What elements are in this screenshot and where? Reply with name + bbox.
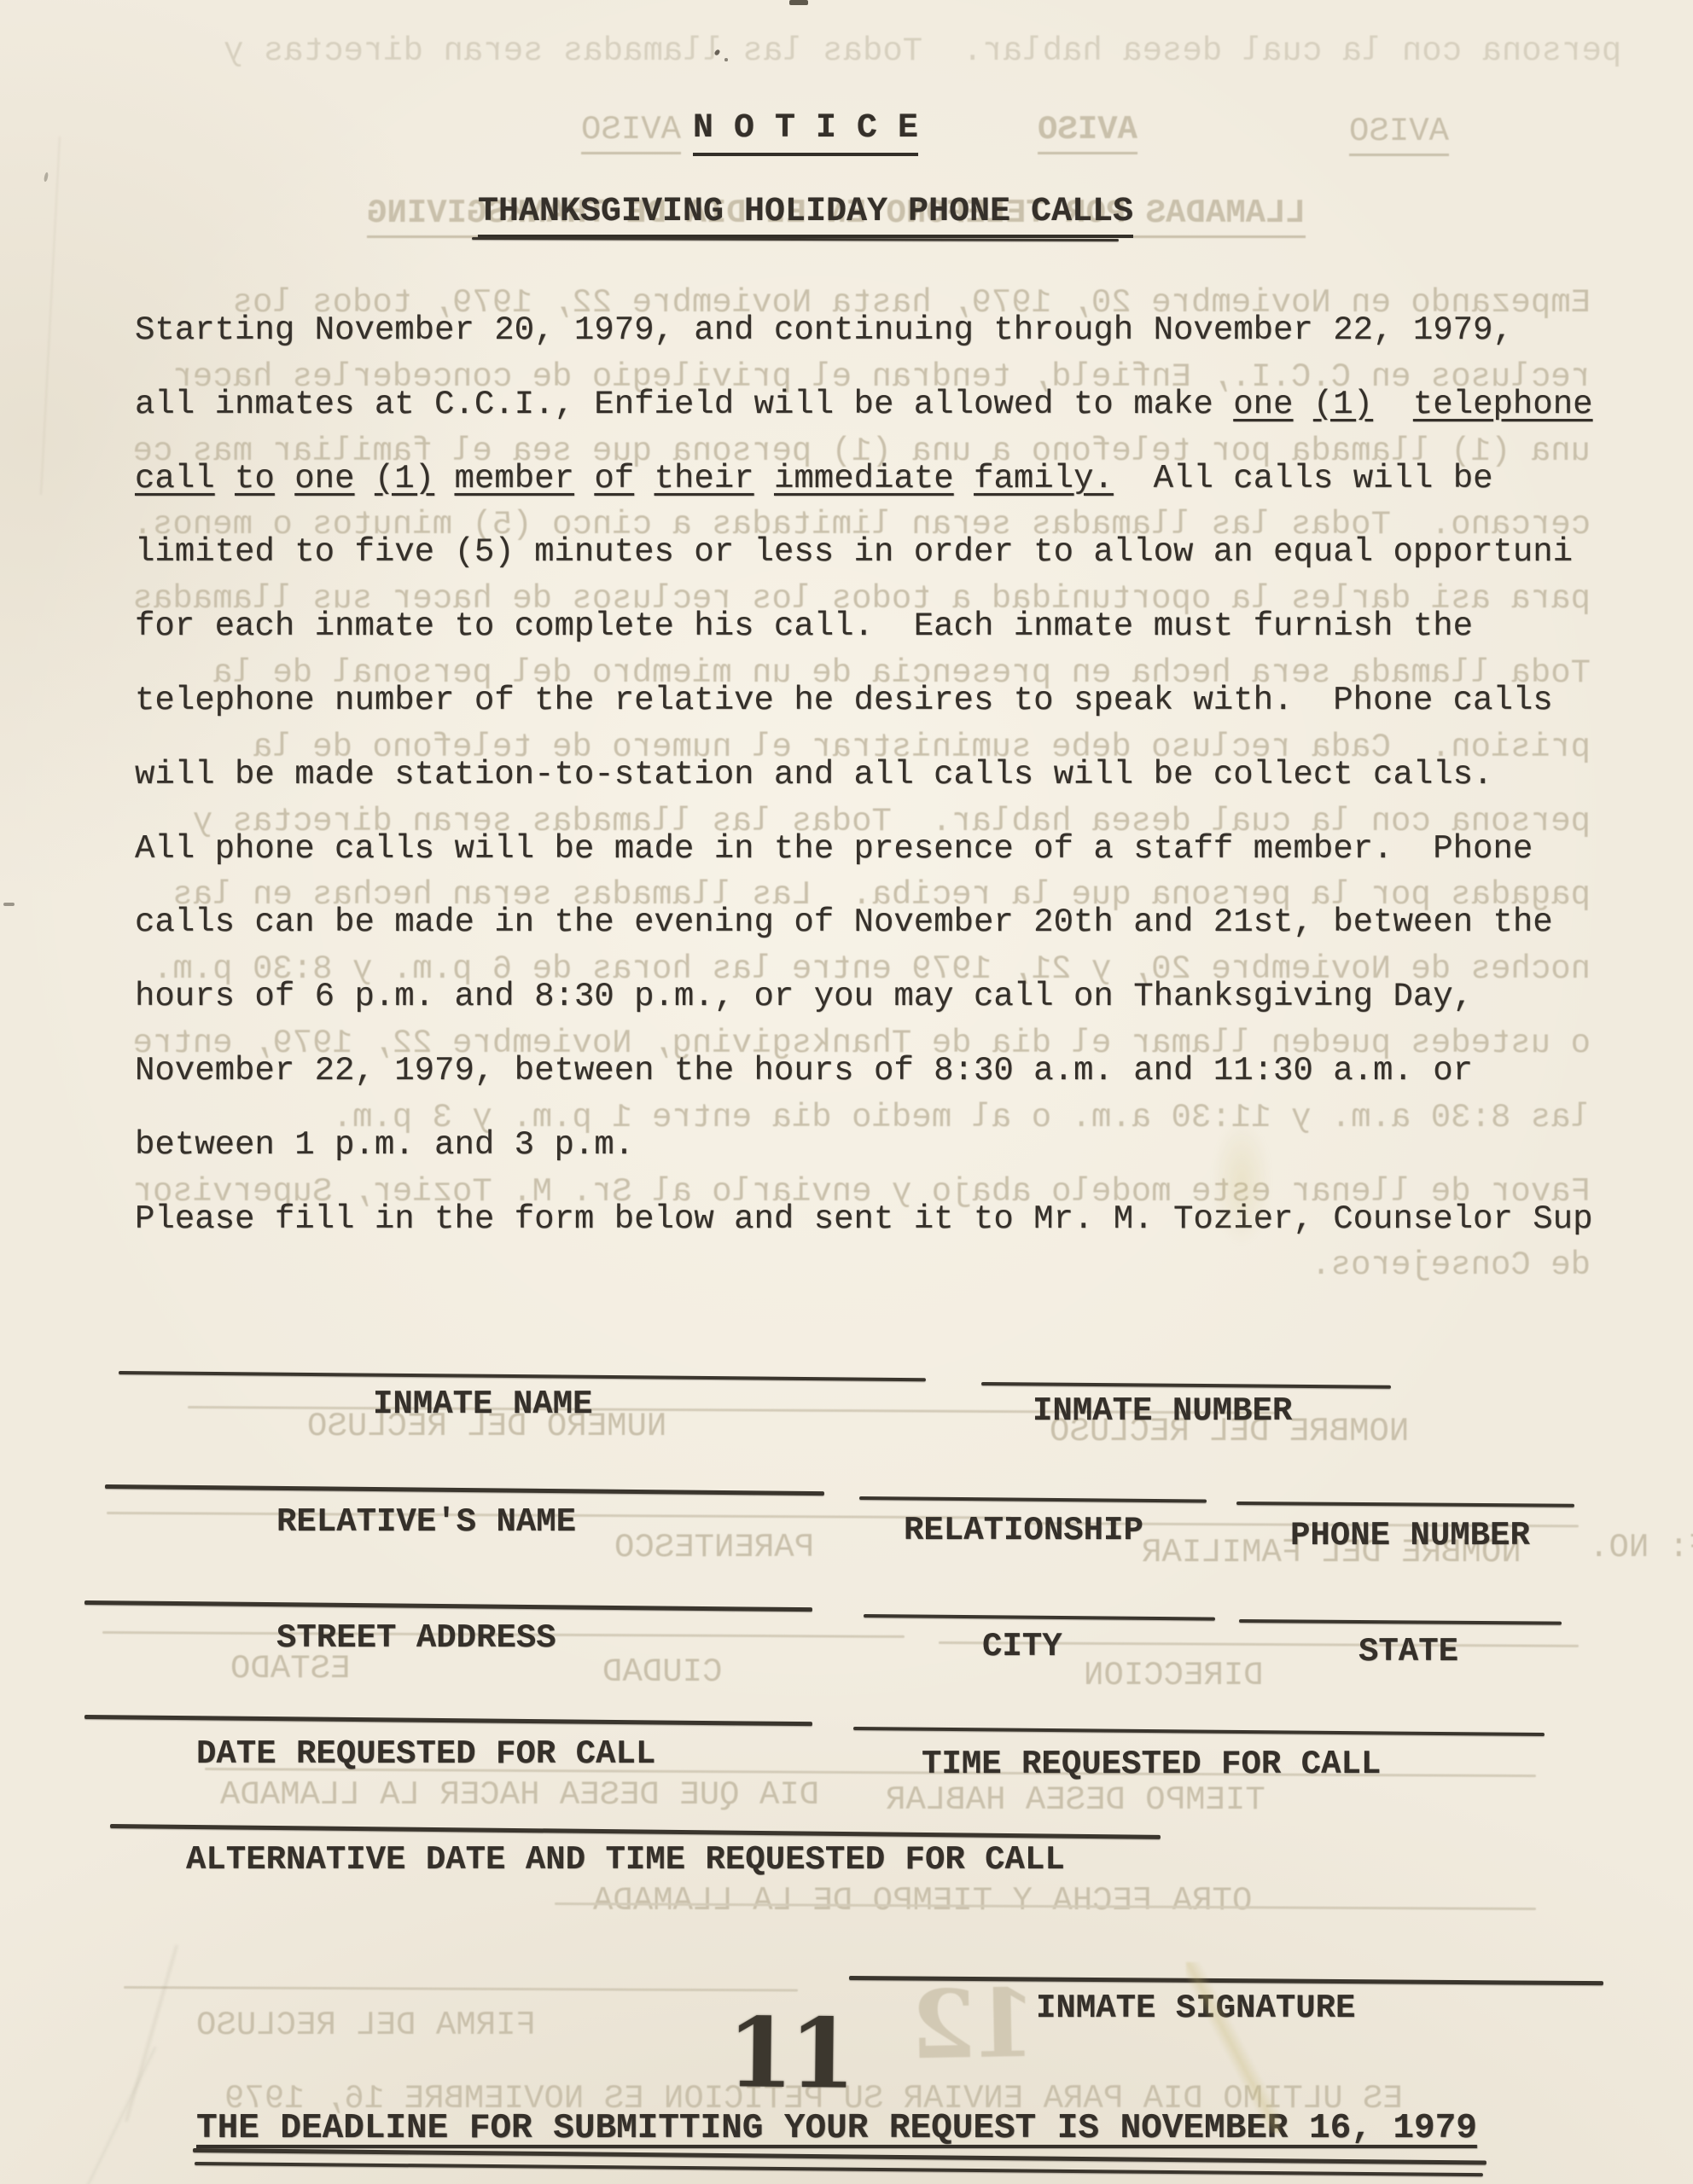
- body-line: Starting November 20, 1979, and continui…: [135, 293, 1693, 368]
- form-field-line-alternative: [110, 1824, 1161, 1839]
- body-line: calls can be made in the evening of Nove…: [135, 886, 1693, 960]
- ink-speck: [44, 172, 49, 183]
- ghost-form-line: [555, 1902, 1536, 1910]
- field-label-alternative-date-time: ALTERNATIVE DATE AND TIME REQUESTED FOR …: [186, 1841, 1065, 1879]
- ghost-text: persona con la cual desea hablar. Todas …: [224, 32, 1621, 70]
- ink-speck: [713, 49, 720, 56]
- field-label-relatives-name: RELATIVE'S NAME: [276, 1503, 576, 1541]
- body-line: call to one (1) member of their immediat…: [135, 442, 1693, 516]
- ghost-text: OTRA FECHA Y TIEMPO DE LA LLAMADA: [593, 1882, 1252, 1920]
- ghost-text-aviso: AVISO: [581, 111, 681, 154]
- body-line: limited to five (5) minutes or less in o…: [135, 515, 1693, 590]
- deadline-text: THE DEADLINE FOR SUBMITTING YOUR REQUEST…: [196, 2109, 1477, 2148]
- field-label-relationship: RELATIONSHIP: [904, 1512, 1143, 1549]
- field-label-inmate-number: INMATE NUMBER: [1033, 1392, 1292, 1430]
- ink-speck: [789, 0, 808, 5]
- ink-speck: [3, 903, 15, 906]
- page-number: 11: [726, 2006, 852, 2103]
- form-field-line-relatives-name: [105, 1484, 824, 1496]
- form-field-line-inmate-name: [119, 1371, 926, 1381]
- subtitle-underline: [472, 237, 1119, 241]
- ghost-text: PARENTESCO: [614, 1529, 814, 1566]
- ghost-text: TELF: NO.: [1589, 1529, 1693, 1566]
- field-label-state: STATE: [1358, 1633, 1458, 1670]
- field-label-city: CITY: [982, 1628, 1062, 1665]
- body-line: telephone number of the relative he desi…: [135, 664, 1693, 738]
- body-line: Please fill in the form below and sent i…: [135, 1182, 1693, 1257]
- paper-crease: [85, 2047, 157, 2184]
- body-line: all inmates at C.C.I., Enfield will be a…: [135, 368, 1693, 442]
- ghost-text: TIEMPO DESEA HABLAR: [886, 1781, 1265, 1819]
- ghost-text: FIRMA DEL RECLUSO: [196, 2007, 536, 2044]
- paper-crease: [125, 1945, 177, 2122]
- body-line: will be made station-to-station and all …: [135, 738, 1693, 812]
- field-label-phone-number: PHONE NUMBER: [1290, 1517, 1530, 1554]
- ghost-text: DIA QUE DESEA HACER LA LLAMADA: [220, 1776, 819, 1814]
- ink-speck: [724, 58, 728, 61]
- body-line: between 1 p.m. and 3 p.m.: [135, 1108, 1693, 1182]
- body-line: hours of 6 p.m. and 8:30 p.m., or you ma…: [135, 960, 1693, 1034]
- body-line: All phone calls will be made in the pres…: [135, 812, 1693, 886]
- form-field-line-street-address: [84, 1600, 812, 1612]
- deadline-rule: [193, 2148, 1486, 2165]
- form-field-line-phone-number: [1236, 1501, 1574, 1507]
- form-field-line-time-requested: [853, 1727, 1545, 1736]
- form-field-line-city: [864, 1614, 1215, 1621]
- ghost-page-number: 12: [914, 1977, 1038, 2072]
- deadline-rule: [195, 2162, 1483, 2176]
- notice-title: N O T I C E: [693, 109, 918, 156]
- ghost-text-aviso: AVISO: [1349, 113, 1449, 156]
- body-line: November 22, 1979, between the hours of …: [135, 1034, 1693, 1108]
- scanned-notice-page: persona con la cual desea hablar. Todas …: [0, 0, 1693, 2184]
- paper-crease: [40, 136, 61, 495]
- notice-subtitle: THANKSGIVING HOLIDAY PHONE CALLS: [478, 193, 1133, 238]
- body-line: for each inmate to complete his call. Ea…: [135, 590, 1693, 664]
- form-field-line-state: [1239, 1619, 1562, 1625]
- form-field-line-inmate-number: [981, 1382, 1391, 1389]
- notice-body: Starting November 20, 1979, and continui…: [135, 293, 1693, 1256]
- ghost-text: CIUDAD: [602, 1653, 722, 1691]
- field-label-time-requested: TIME REQUESTED FOR CALL: [922, 1745, 1381, 1783]
- form-field-line-signature: [849, 1976, 1603, 1985]
- field-label-inmate-signature: INMATE SIGNATURE: [1036, 1989, 1355, 2027]
- form-field-line-relationship: [859, 1496, 1207, 1503]
- ghost-form-line: [124, 1986, 798, 1991]
- form-field-line-date-requested: [84, 1715, 812, 1726]
- ghost-text-aviso: AVISO: [1038, 111, 1137, 154]
- field-label-inmate-name: INMATE NAME: [373, 1385, 592, 1423]
- paper-scratch: [1186, 1962, 1280, 2133]
- field-label-street-address: STREET ADDRESS: [276, 1619, 556, 1657]
- ghost-text: DIRECCION: [1084, 1657, 1264, 1694]
- field-label-date-requested: DATE REQUESTED FOR CALL: [196, 1735, 655, 1773]
